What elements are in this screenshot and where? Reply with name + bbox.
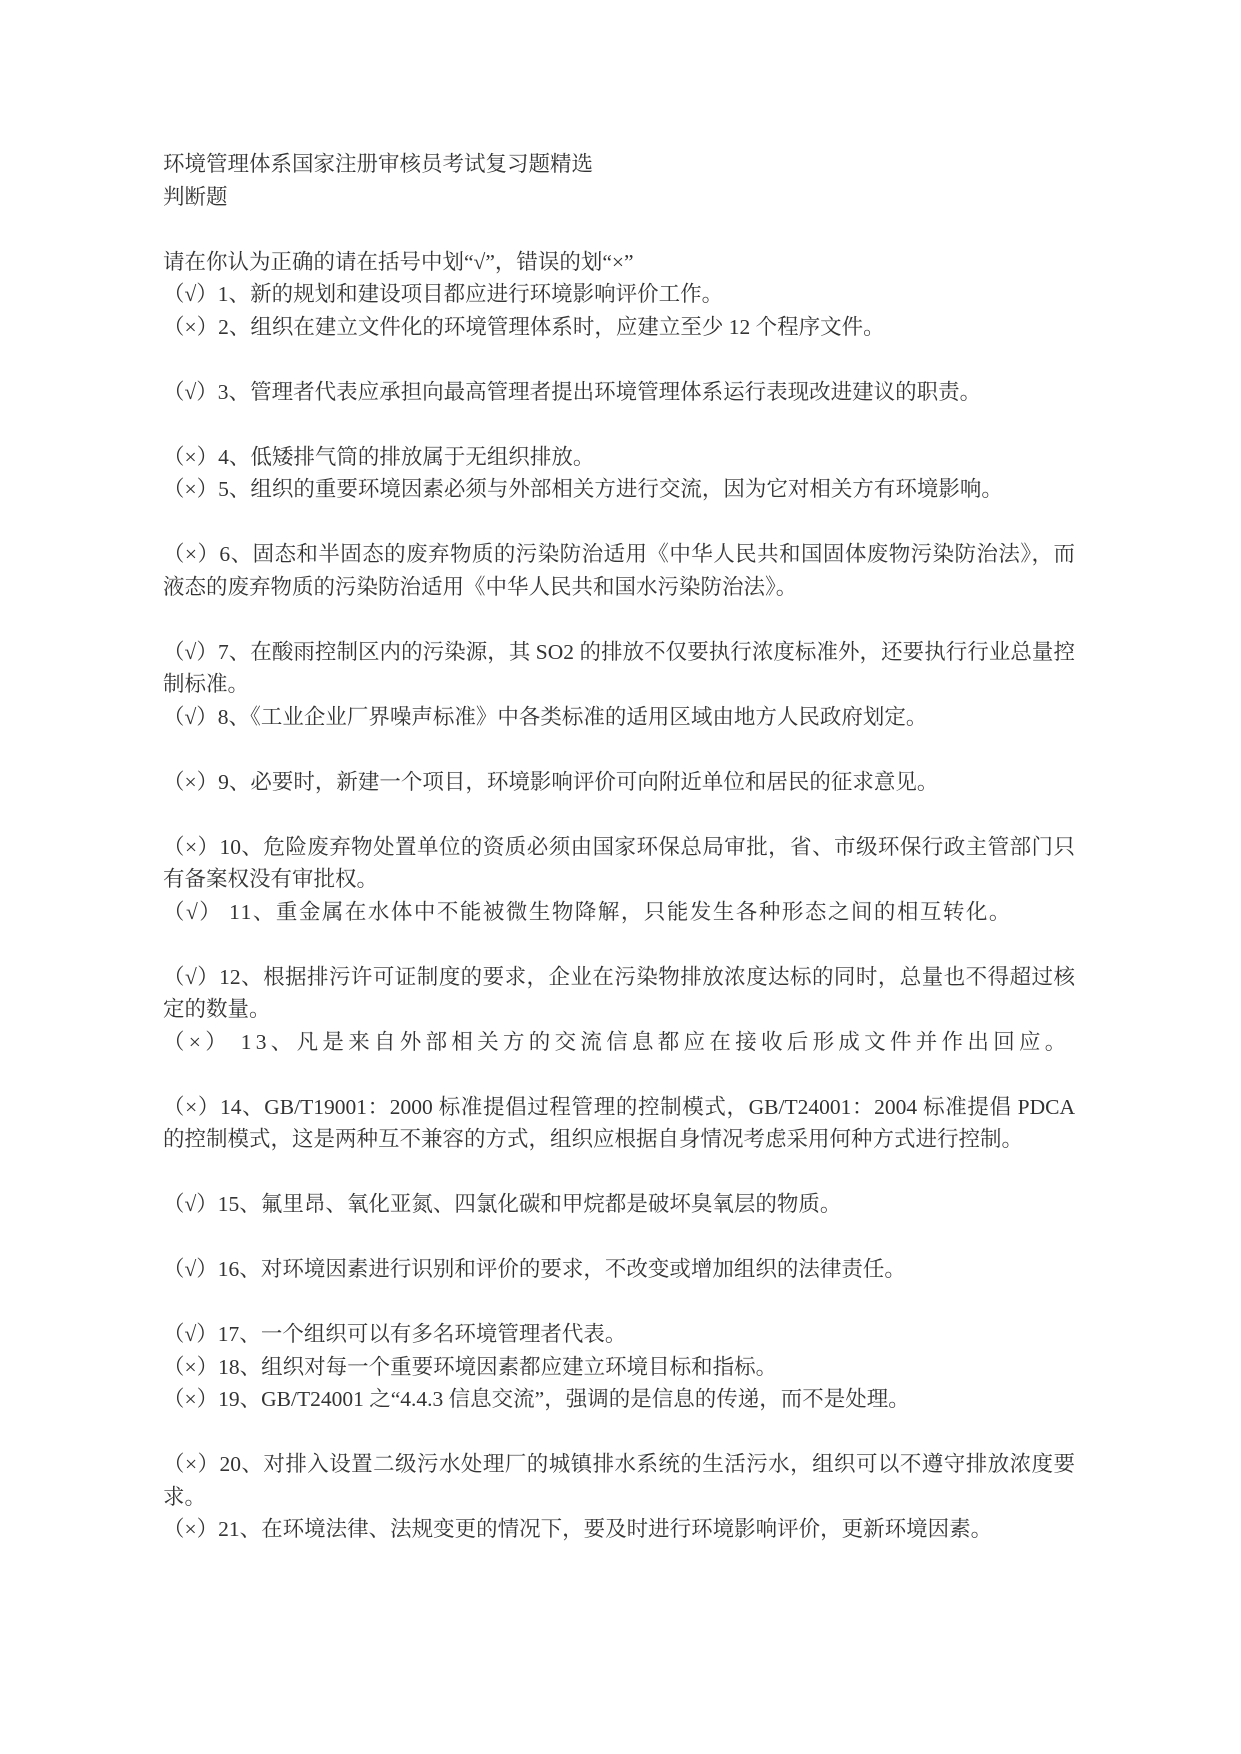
question-text: 对排入设置二级污水处理厂的城镇排水系统的生活污水，组织可以不遵守排放浓度要求。	[163, 1452, 1075, 1509]
blank-line	[163, 733, 1075, 766]
answer-mark: （×）18、	[163, 1355, 261, 1379]
answer-mark: （√）17、	[163, 1322, 261, 1346]
answer-mark: （√） 11、	[163, 900, 276, 924]
question-text: 危险废弃物处置单位的资质必须由国家环保总局审批，省、市级环保行政主管部门只有备案…	[163, 835, 1075, 892]
blank-line	[163, 928, 1075, 961]
blank-line	[163, 1221, 1075, 1254]
answer-mark: （×）20、	[163, 1452, 263, 1476]
question-text: 对环境因素进行识别和评价的要求，不改变或增加组织的法律责任。	[261, 1257, 906, 1281]
question-text: 低矮排气筒的排放属于无组织排放。	[250, 445, 594, 469]
answer-mark: （√）12、	[163, 965, 263, 989]
answer-mark: （√）8、	[163, 705, 250, 729]
question-4: （×）4、低矮排气筒的排放属于无组织排放。	[163, 441, 1075, 474]
question-text: 固态和半固态的废弃物质的污染防治适用《中华人民共和国固体废物污染防治法》，而液态…	[163, 542, 1075, 599]
question-text: 组织对每一个重要环境因素都应建立环境目标和指标。	[261, 1355, 777, 1379]
question-5: （×）5、组织的重要环境因素必须与外部相关方进行交流，因为它对相关方有环境影响。	[163, 473, 1075, 506]
question-text: 氟里昂、氧化亚氮、四氯化碳和甲烷都是破坏臭氧层的物质。	[261, 1192, 842, 1216]
question-18: （×）18、组织对每一个重要环境因素都应建立环境目标和指标。	[163, 1351, 1075, 1384]
answer-mark: （×）19、	[163, 1387, 261, 1411]
blank-line	[163, 343, 1075, 376]
question-text: 新的规划和建设项目都应进行环境影响评价工作。	[250, 282, 723, 306]
blank-line	[163, 1058, 1075, 1091]
answer-mark: （√）7、	[163, 640, 250, 664]
blank-line	[163, 798, 1075, 831]
instruction-line: 请在你认为正确的请在括号中划“√”，错误的划“×”	[163, 246, 1075, 279]
question-text: 《工业企业厂界噪声标准》中各类标准的适用区域由地方人民政府划定。	[250, 705, 927, 729]
question-13: （×） 13、凡是来自外部相关方的交流信息都应在接收后形成文件并作出回应。	[163, 1026, 1075, 1059]
page-title: 环境管理体系国家注册审核员考试复习题精选	[163, 148, 1075, 181]
blank-line	[163, 1156, 1075, 1189]
question-20: （×）20、对排入设置二级污水处理厂的城镇排水系统的生活污水，组织可以不遵守排放…	[163, 1448, 1075, 1513]
answer-mark: （×）10、	[163, 835, 263, 859]
answer-mark: （×）14、	[163, 1095, 264, 1119]
answer-mark: （×）4、	[163, 445, 250, 469]
blank-line	[163, 603, 1075, 636]
question-14: （×）14、GB/T19001：2000 标准提倡过程管理的控制模式，GB/T2…	[163, 1091, 1075, 1156]
answer-mark: （√）15、	[163, 1192, 261, 1216]
question-text: GB/T24001 之“4.4.3 信息交流”，强调的是信息的传递，而不是处理。	[261, 1387, 910, 1411]
question-text: 重金属在水体中不能被微生物降解，只能发生各种形态之间的相互转化。	[276, 900, 1012, 924]
question-16: （√）16、对环境因素进行识别和评价的要求，不改变或增加组织的法律责任。	[163, 1253, 1075, 1286]
question-6: （×）6、固态和半固态的废弃物质的污染防治适用《中华人民共和国固体废物污染防治法…	[163, 538, 1075, 603]
question-15: （√）15、氟里昂、氧化亚氮、四氯化碳和甲烷都是破坏臭氧层的物质。	[163, 1188, 1075, 1221]
question-text: 组织的重要环境因素必须与外部相关方进行交流，因为它对相关方有环境影响。	[250, 477, 1003, 501]
question-9: （×）9、必要时，新建一个项目，环境影响评价可向附近单位和居民的征求意见。	[163, 766, 1075, 799]
blank-line	[163, 1286, 1075, 1319]
question-11: （√） 11、重金属在水体中不能被微生物降解，只能发生各种形态之间的相互转化。	[163, 896, 1075, 929]
section-heading: 判断题	[163, 181, 1075, 214]
question-text: 在环境法律、法规变更的情况下，要及时进行环境影响评价，更新环境因素。	[261, 1517, 992, 1541]
document-content: 环境管理体系国家注册审核员考试复习题精选 判断题 请在你认为正确的请在括号中划“…	[0, 0, 1241, 1546]
answer-mark: （×）9、	[163, 770, 250, 794]
answer-mark: （×）6、	[163, 542, 253, 566]
answer-mark: （√）1、	[163, 282, 250, 306]
question-10: （×）10、危险废弃物处置单位的资质必须由国家环保总局审批，省、市级环保行政主管…	[163, 831, 1075, 896]
question-7: （√）7、在酸雨控制区内的污染源，其 SO2 的排放不仅要执行浓度标准外，还要执…	[163, 636, 1075, 701]
answer-mark: （×）5、	[163, 477, 250, 501]
answer-mark: （×） 13、	[163, 1030, 297, 1054]
question-12: （√）12、根据排污许可证制度的要求，企业在污染物排放浓度达标的同时，总量也不得…	[163, 961, 1075, 1026]
question-19: （×）19、GB/T24001 之“4.4.3 信息交流”，强调的是信息的传递，…	[163, 1383, 1075, 1416]
answer-mark: （√）3、	[163, 380, 250, 404]
question-text: 根据排污许可证制度的要求，企业在污染物排放浓度达标的同时，总量也不得超过核定的数…	[163, 965, 1075, 1022]
question-text: 管理者代表应承担向最高管理者提出环境管理体系运行表现改进建议的职责。	[250, 380, 981, 404]
document-page: 环境管理体系国家注册审核员考试复习题精选 判断题 请在你认为正确的请在括号中划“…	[0, 0, 1241, 1754]
answer-mark: （×）2、	[163, 315, 250, 339]
question-8: （√）8、《工业企业厂界噪声标准》中各类标准的适用区域由地方人民政府划定。	[163, 701, 1075, 734]
blank-line	[163, 408, 1075, 441]
question-1: （√）1、新的规划和建设项目都应进行环境影响评价工作。	[163, 278, 1075, 311]
question-3: （√）3、管理者代表应承担向最高管理者提出环境管理体系运行表现改进建议的职责。	[163, 376, 1075, 409]
question-text: 一个组织可以有多名环境管理者代表。	[261, 1322, 627, 1346]
question-text: 凡是来自外部相关方的交流信息都应在接收后形成文件并作出回应。	[297, 1030, 1071, 1054]
question-text: 在酸雨控制区内的污染源，其 SO2 的排放不仅要执行浓度标准外，还要执行行业总量…	[163, 640, 1075, 697]
answer-mark: （×）21、	[163, 1517, 261, 1541]
blank-line	[163, 1416, 1075, 1449]
answer-mark: （√）16、	[163, 1257, 261, 1281]
question-2: （×）2、组织在建立文件化的环境管理体系时，应建立至少 12 个程序文件。	[163, 311, 1075, 344]
question-text: GB/T19001：2000 标准提倡过程管理的控制模式，GB/T24001：2…	[163, 1095, 1075, 1152]
question-text: 组织在建立文件化的环境管理体系时，应建立至少 12 个程序文件。	[250, 315, 884, 339]
blank-line	[163, 506, 1075, 539]
question-17: （√）17、一个组织可以有多名环境管理者代表。	[163, 1318, 1075, 1351]
question-21: （×）21、在环境法律、法规变更的情况下，要及时进行环境影响评价，更新环境因素。	[163, 1513, 1075, 1546]
blank-line	[163, 213, 1075, 246]
question-text: 必要时，新建一个项目，环境影响评价可向附近单位和居民的征求意见。	[250, 770, 938, 794]
